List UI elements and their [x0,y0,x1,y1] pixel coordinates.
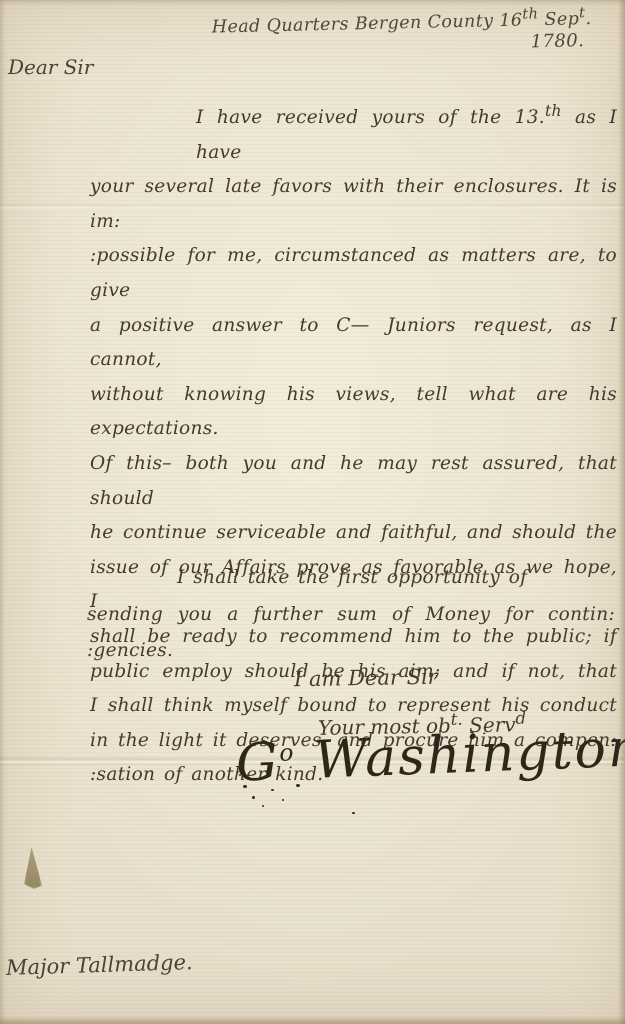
heading-place-date-text: Sep [538,9,579,30]
body-line: a positive answer to C— Juniors request,… [90,309,617,378]
signature-superscript: o [279,738,296,767]
signature-text: G [235,732,281,794]
body-line: I have received yours of the 13.th as I … [196,101,617,170]
addressee: Major Tallmadge. [6,950,193,980]
letter-heading: Head Quarters Bergen County 16th Sept. 1… [212,8,615,59]
body-line: sending you a further sum of Money for c… [87,597,615,634]
body-paragraph-2: I shall take the first opportunity of se… [87,560,615,670]
paper-edge-right [618,0,625,1024]
body-line-text: I have received yours of the 13. [196,107,545,128]
ink-speck [282,799,284,801]
body-line: I shall take the first opportunity of [177,560,615,597]
paper-edge-top [0,0,625,5]
body-line: :gencies. [87,633,615,670]
heading-superscript: th [522,5,538,22]
ink-speck [252,796,255,799]
body-line: your several late favors with their encl… [90,170,617,239]
closing-line-1: I am Dear Sir [294,665,438,692]
body-line: without knowing his views, tell what are… [90,378,617,447]
salutation: Dear Sir [8,55,93,79]
body-superscript: th [545,102,562,120]
heading-place-date-text: . [585,9,591,29]
body-line: he continue serviceable and faithful, an… [90,516,617,551]
letter-page: Head Quarters Bergen County 16th Sept. 1… [0,0,625,1024]
paper-stain [24,847,42,889]
ink-speck [352,812,355,814]
ink-speck [262,805,264,807]
body-line: Of this– both you and he may rest assure… [90,447,617,516]
paper-edge-left [0,0,5,1024]
body-line: :possible for me, circumstanced as matte… [90,239,617,308]
paper-edge-bottom [0,1016,625,1024]
signature-text: Washington [295,718,625,791]
